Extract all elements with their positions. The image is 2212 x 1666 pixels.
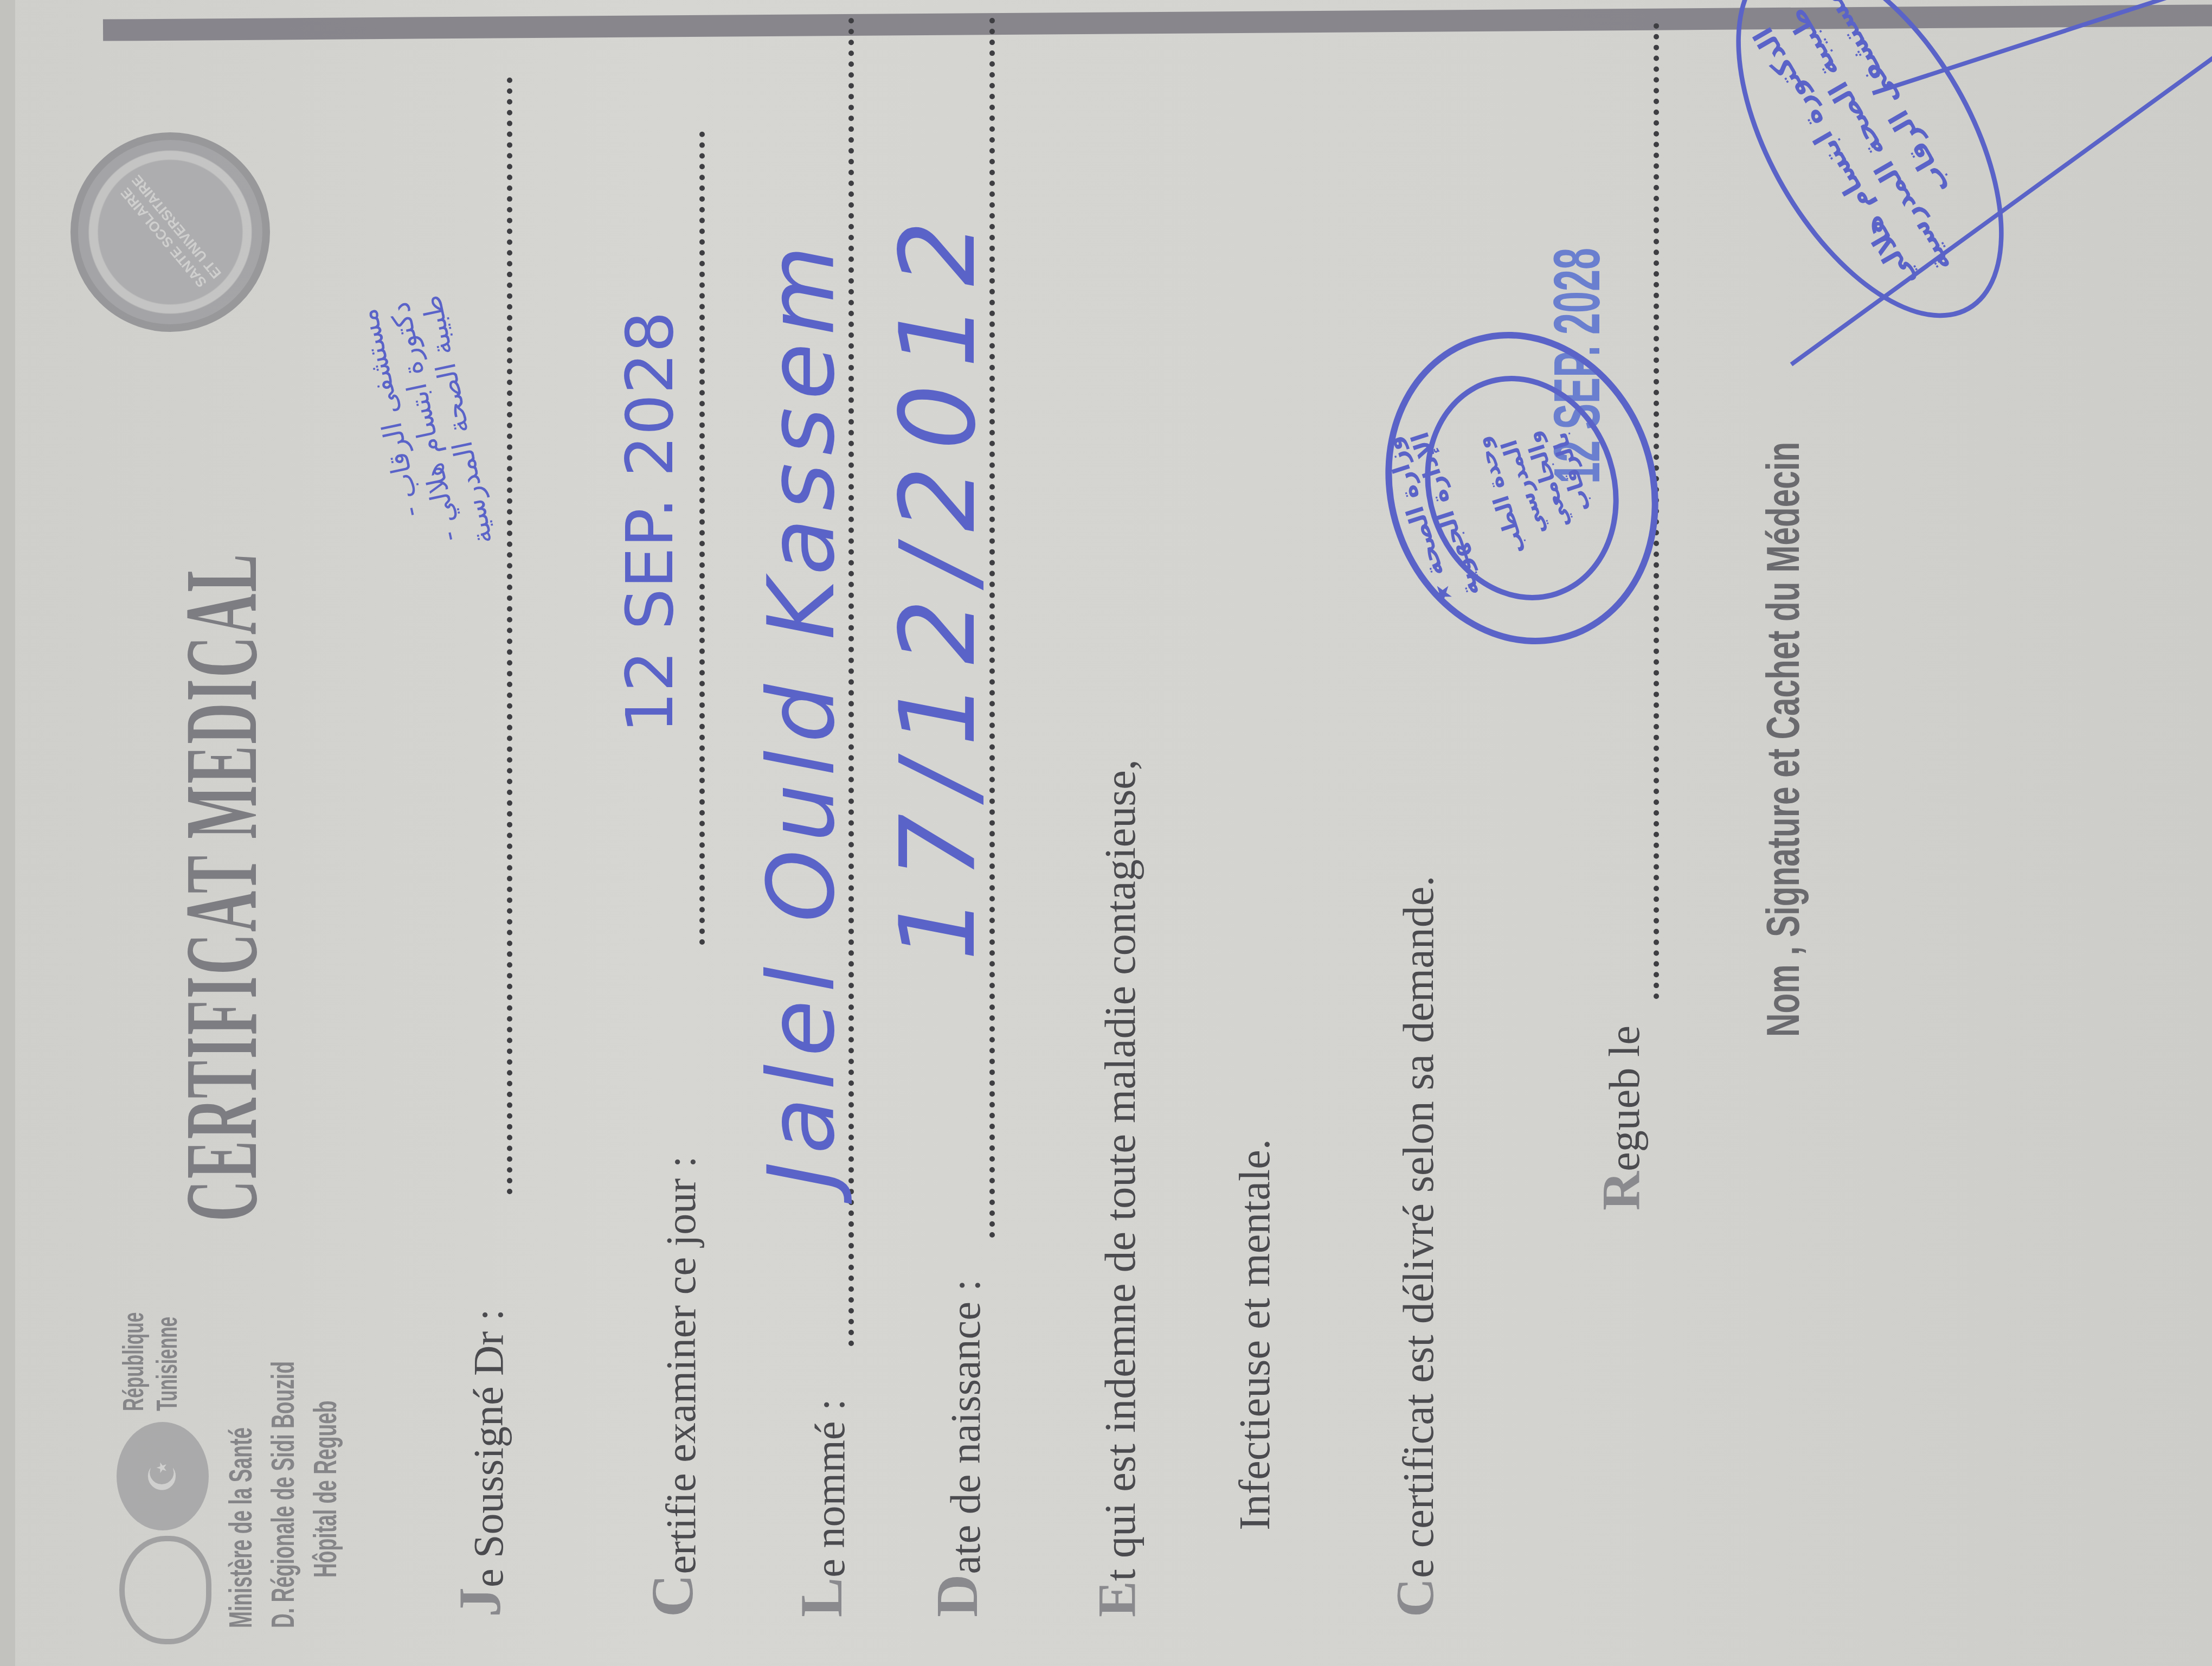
document-title: CERTIFICAT MEDICAL <box>163 553 281 1221</box>
official-round-stamp: وزارة الصحة ★ الإدارة الجهوية وحدة الطب … <box>1346 296 1698 680</box>
statement-line-2: Infectieuse et mentale. <box>1231 1139 1280 1530</box>
handwritten-doctor: مستشفى الرقاب - دكتورة ابتسام هلالي - طب… <box>351 292 505 588</box>
place-date-label: Regueb le <box>1594 1026 1650 1210</box>
dotted-line-doctor <box>507 77 512 1194</box>
tunisia-seal-icon: ☪ <box>117 1422 209 1530</box>
field-exam-date: C ertifie examiner ce jour : <box>637 1156 702 1617</box>
statement-line-1: Et qui est indemne de toute maladie cont… <box>1090 759 1146 1617</box>
school-health-seal-icon: SANTE SCOLAIRE ET UNIVERSITAIRE <box>70 132 270 332</box>
header-republic: République Tunisienne <box>117 1312 184 1411</box>
delivery-statement: Ce certificat est délivré selon sa deman… <box>1388 876 1444 1617</box>
handwritten-name: Jalel Ould Kassem <box>748 238 856 1189</box>
medical-certificate: ☪ République Tunisienne Ministère de la … <box>0 0 2212 1666</box>
handwritten-birth-date: 17/12/2012 <box>878 204 998 961</box>
dotted-line-exam-date <box>699 131 705 945</box>
field-name: L e nommé : <box>786 1399 851 1617</box>
header-ministry: Ministère de la Santé D. Régionale de Si… <box>220 1361 346 1628</box>
coat-of-arms-icon <box>119 1536 211 1644</box>
field-birth-date: D ate de naissance : <box>922 1279 987 1617</box>
handwritten-exam-date: 12 SEP. 2028 <box>613 311 688 733</box>
field-doctor: J e Soussigné Dr : <box>445 1309 510 1617</box>
signature-label: Nom , Signature et Cachet du Médecin <box>1757 442 1810 1037</box>
